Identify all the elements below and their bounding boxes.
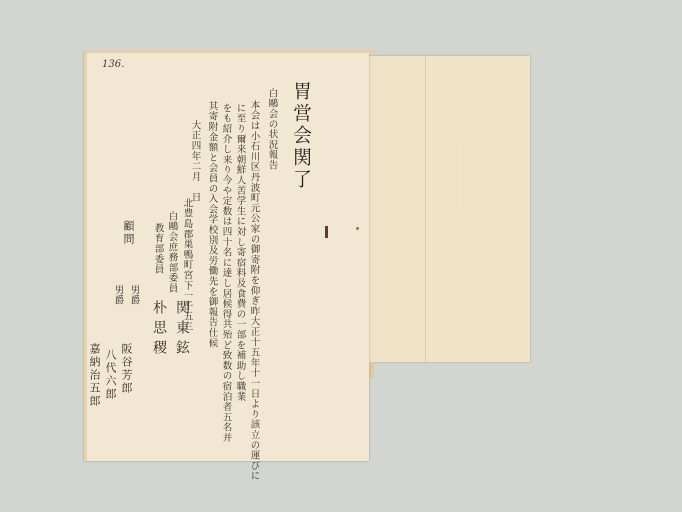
body-column-1: 本会は小石川区丹波町元公家の御寄附を仰ぎ昨大正十五年十一日より該立の運びに — [249, 100, 259, 481]
fold-line — [425, 56, 426, 362]
advisor-name-2: 八代六郎 — [105, 349, 116, 401]
handwritten-letter-sheet: 136. 胃営会関了 白鷗会の状況報告 本会は小石川区丹波町元公家の御寄附を仰ぎ… — [84, 53, 369, 461]
document-title: 胃営会関了 — [291, 81, 310, 191]
bleed-through-text: ．．．．．．． — [491, 116, 506, 177]
advisor-label: 顧問 — [123, 220, 134, 246]
document-subtitle: 白鷗会の状況報告 — [267, 88, 277, 170]
sender-edu: 教育部委員 — [153, 223, 163, 275]
advisor-name-3: 嘉納治五郎 — [89, 343, 100, 408]
page-number: 136. — [102, 59, 124, 70]
body-column-4: 其寄附金額と会員の入会学校別及労働先を御報告仕候 — [207, 101, 217, 348]
advisor-title-1: 男爵 — [129, 285, 139, 306]
bleed-through-text: ．．．．．．．． — [451, 146, 466, 215]
body-column-3: をも紹介し来り今や定数は四十名に達し居候得共殆ど致数の宿泊者五名并 — [221, 103, 231, 443]
body-column-2: に至り爾来朝鮮人苦学生に対し寄宿料及食費の一部を補助し職業 — [235, 103, 245, 402]
signatory-name-2: 朴思稷 — [152, 300, 166, 360]
sender-org: 白鷗会庶務部委員 — [167, 211, 177, 293]
advisor-title-2: 男爵 — [113, 285, 123, 306]
signatory-name-1: 関東鉉 — [175, 300, 189, 360]
paper-stain — [356, 227, 359, 230]
binding-clip — [325, 226, 328, 238]
document-date: 大正四年二月 日 — [190, 120, 200, 202]
paper-edge — [87, 50, 379, 53]
advisor-name-1: 阪谷芳郎 — [121, 343, 132, 395]
attached-blank-sheet: ．．．．．．． ．．．．．．．． — [341, 56, 530, 362]
